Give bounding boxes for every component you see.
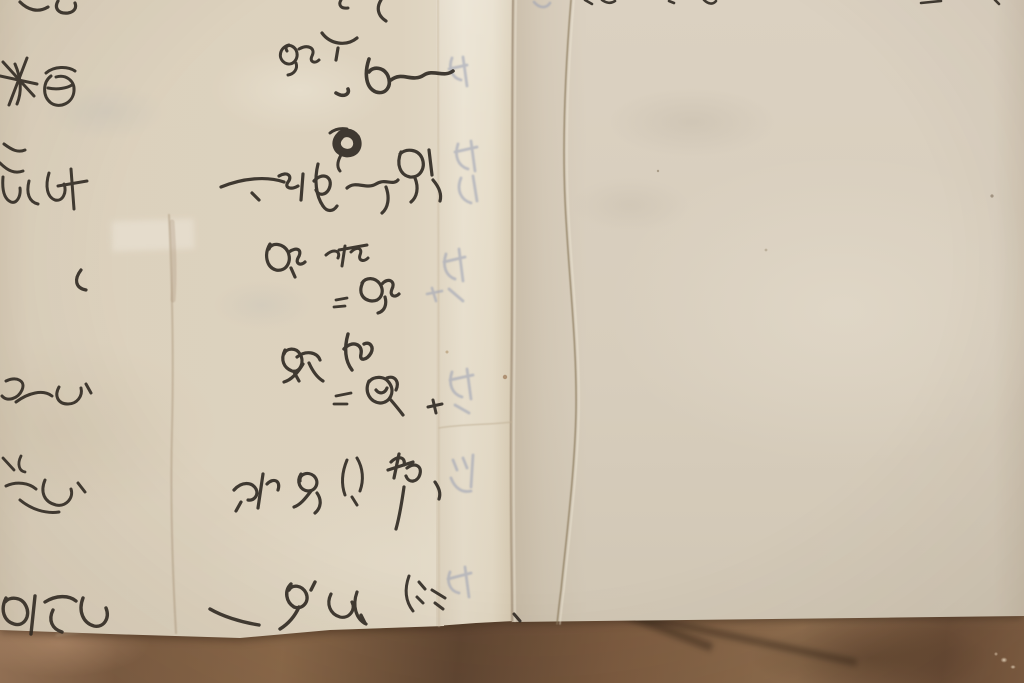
ink-bleedthrough-layer: [427, 2, 550, 597]
stain-spots: [446, 170, 994, 379]
calligraphy-overlay: [0, 0, 1024, 683]
manuscript-photo: [0, 0, 1024, 683]
crease-lines: [169, 0, 579, 633]
ink-calligraphy-layer: [0, 0, 999, 634]
